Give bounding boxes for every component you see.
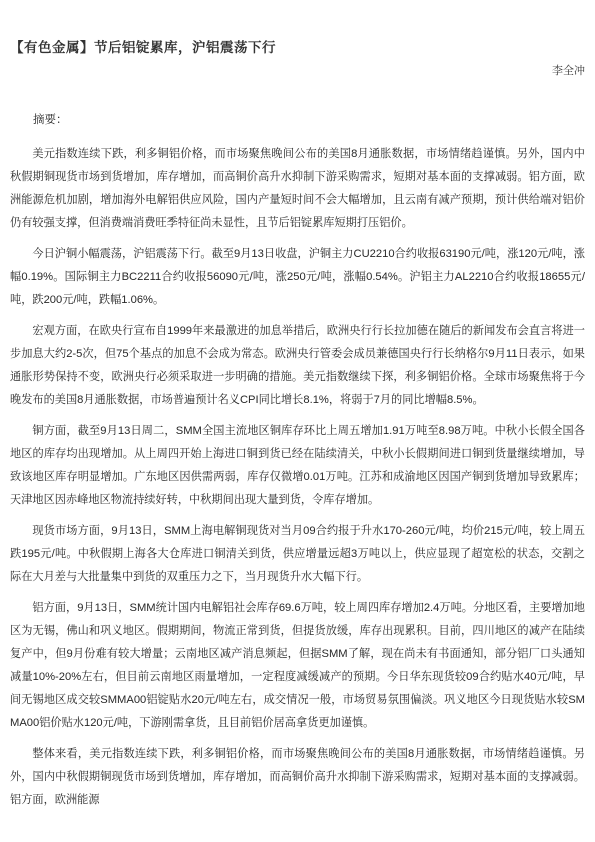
page-title: 【有色金属】节后铝锭累库，沪铝震荡下行 bbox=[10, 38, 585, 57]
paragraph-spot-market: 现货市场方面，9月13日，SMM上海电解铜现货对当月09合约报于升水170-26… bbox=[10, 520, 585, 589]
paragraph-summary: 美元指数连续下跌，利多铜铝价格，而市场聚焦晚间公布的美国8月通胀数据，市场情绪趋… bbox=[10, 143, 585, 235]
author-byline: 李全冲 bbox=[10, 64, 585, 79]
paragraph-overall: 整体来看，美元指数连续下跌，利多铜铝价格，而市场聚焦晚间公布的美国8月通胀数据，… bbox=[10, 743, 585, 812]
paragraph-macro: 宏观方面，在欧央行宣布自1999年来最激进的加息举措后，欧洲央行行长拉加德在随后… bbox=[10, 320, 585, 412]
abstract-label: 摘要： bbox=[10, 109, 585, 132]
paragraph-closing-prices: 今日沪铜小幅震荡，沪铝震荡下行。截至9月13日收盘，沪铜主力CU2210合约收报… bbox=[10, 243, 585, 312]
document-page: 【有色金属】节后铝锭累库，沪铝震荡下行 李全冲 摘要： 美元指数连续下跌，利多铜… bbox=[0, 0, 595, 842]
paragraph-aluminum: 铝方面，9月13日，SMM统计国内电解铝社会库存69.6万吨，较上周四库存增加2… bbox=[10, 597, 585, 735]
paragraph-copper-inventory: 铜方面，截至9月13日周二，SMM全国主流地区铜库存环比上周五增加1.91万吨至… bbox=[10, 420, 585, 512]
